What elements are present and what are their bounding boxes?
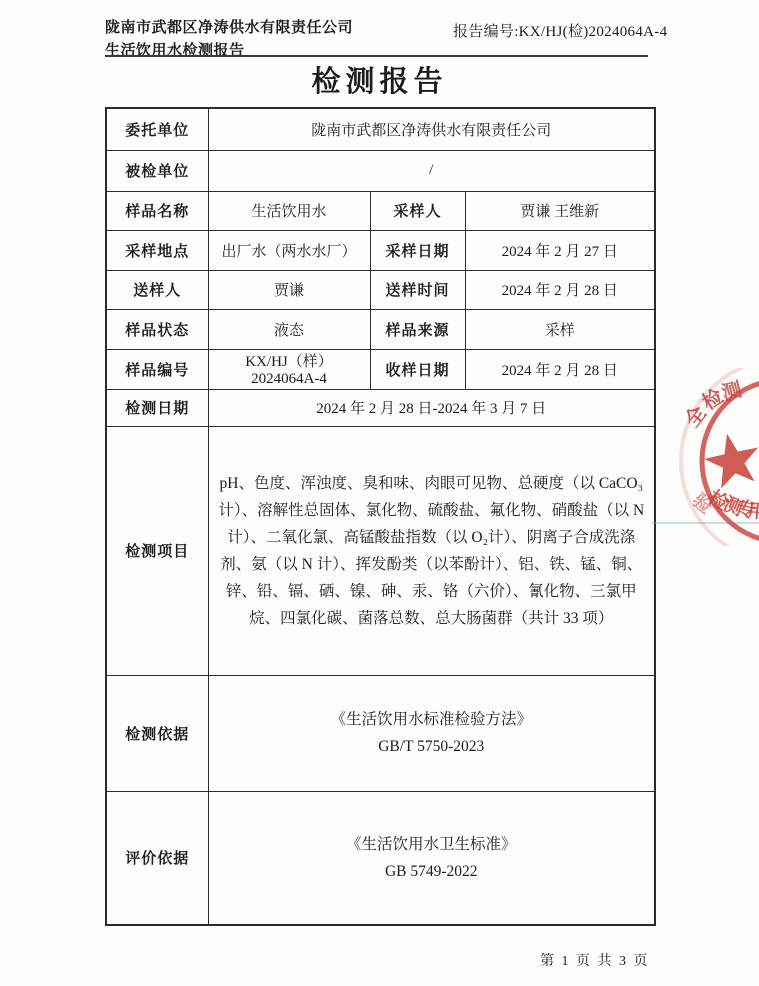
row-value: 《生活饮用水标准检验方法》 GB/T 5750-2023 [208,675,655,791]
seal-arc-char: 测 [719,378,744,405]
row-label: 被检单位 [106,150,208,191]
row-label: 检测项目 [106,426,208,675]
row-value: KX/HJ（样）2024064A-4 [208,349,370,389]
table-row: 样品编号 KX/HJ（样）2024064A-4 收样日期 2024 年 2 月 … [106,349,655,389]
test-items-text: pH、色度、浑浊度、臭和味、肉眼可见物、总硬度（以 CaCO₃计）、溶解性总固体… [208,426,655,675]
table-row: 评价依据 《生活饮用水卫生标准》 GB 5749-2022 [106,791,655,925]
seal-arc-char: 用 [747,500,759,523]
table-row: 被检单位 / [106,150,655,191]
company-name: 陇南市武都区净涛供水有限责任公司 [105,16,353,39]
row-value: 2024 年 2 月 27 日 [465,230,655,270]
report-title: 检测报告 [105,59,654,100]
row-label: 评价依据 [106,791,208,925]
row-label: 样品来源 [370,309,465,349]
seal-star-icon [704,434,758,489]
row-value: / [208,150,655,191]
report-number: 报告编号:KX/HJ(检)2024064A-4 [453,20,667,41]
row-label: 送样人 [106,270,208,309]
table-row: 检测日期 2024 年 2 月 28 日-2024 年 3 月 7 日 [106,389,655,426]
row-value: 2024 年 2 月 28 日 [465,270,655,309]
row-label: 收样日期 [370,349,465,389]
report-page: 陇南市武都区净涛供水有限责任公司 生活饮用水检测报告 报告编号:KX/HJ(检)… [0,0,759,986]
seal-arc-char: 全 [680,401,711,432]
row-label: 样品状态 [106,309,208,349]
row-value: 贾谦 [208,270,370,309]
row-label: 送样时间 [370,270,465,309]
seal-arc-char: 专 [735,496,758,522]
table-row: 样品状态 液态 样品来源 采样 [106,309,655,349]
scan-artifact-line [652,522,759,524]
company-seal-stamp: 全 检 测 验 检 测 专 用 [652,368,759,546]
row-label: 采样地点 [106,230,208,270]
row-value: 采样 [465,309,655,349]
standard-code: GB 5749-2022 [213,858,651,885]
row-label: 检测依据 [106,675,208,791]
row-label: 采样人 [370,191,465,230]
seal-arc-char: 检 [698,383,729,415]
row-value: 陇南市武都区净涛供水有限责任公司 [208,108,655,150]
row-label: 样品名称 [106,191,208,230]
info-table: 委托单位 陇南市武都区净涛供水有限责任公司 被检单位 / 样品名称 生活饮用水 … [105,107,656,926]
table-row: 检测依据 《生活饮用水标准检验方法》 GB/T 5750-2023 [106,675,655,791]
seal-arc-char: 检 [704,485,733,515]
standard-name: 《生活饮用水标准检验方法》 [213,706,651,733]
table-row: 送样人 贾谦 送样时间 2024 年 2 月 28 日 [106,270,655,309]
page-indicator: 第 1 页 共 3 页 [540,950,650,970]
row-value: 2024 年 2 月 28 日-2024 年 3 月 7 日 [208,389,655,426]
standard-code: GB/T 5750-2023 [213,733,651,760]
table-row: 采样地点 出厂水（两水水厂） 采样日期 2024 年 2 月 27 日 [106,230,655,270]
table-row: 委托单位 陇南市武都区净涛供水有限责任公司 [106,108,655,150]
row-label: 样品编号 [106,349,208,389]
row-value: 出厂水（两水水厂） [208,230,370,270]
row-label: 采样日期 [370,230,465,270]
table-row: 样品名称 生活饮用水 采样人 贾谦 王维新 [106,191,655,230]
seal-ring [702,380,759,542]
seal-arc-char: 验 [688,488,717,518]
seal-outer-ring [681,368,759,546]
row-label: 委托单位 [106,108,208,150]
row-value: 液态 [208,309,370,349]
header-divider [105,55,648,57]
standard-name: 《生活饮用水卫生标准》 [213,831,651,858]
table-row: 检测项目 pH、色度、浑浊度、臭和味、肉眼可见物、总硬度（以 CaCO₃计）、溶… [106,426,655,675]
seal-arc-char: 测 [720,493,746,520]
row-value: 《生活饮用水卫生标准》 GB 5749-2022 [208,791,655,925]
row-value: 2024 年 2 月 28 日 [465,349,655,389]
row-value: 贾谦 王维新 [465,191,655,230]
row-label: 检测日期 [106,389,208,426]
row-value: 生活饮用水 [208,191,370,230]
